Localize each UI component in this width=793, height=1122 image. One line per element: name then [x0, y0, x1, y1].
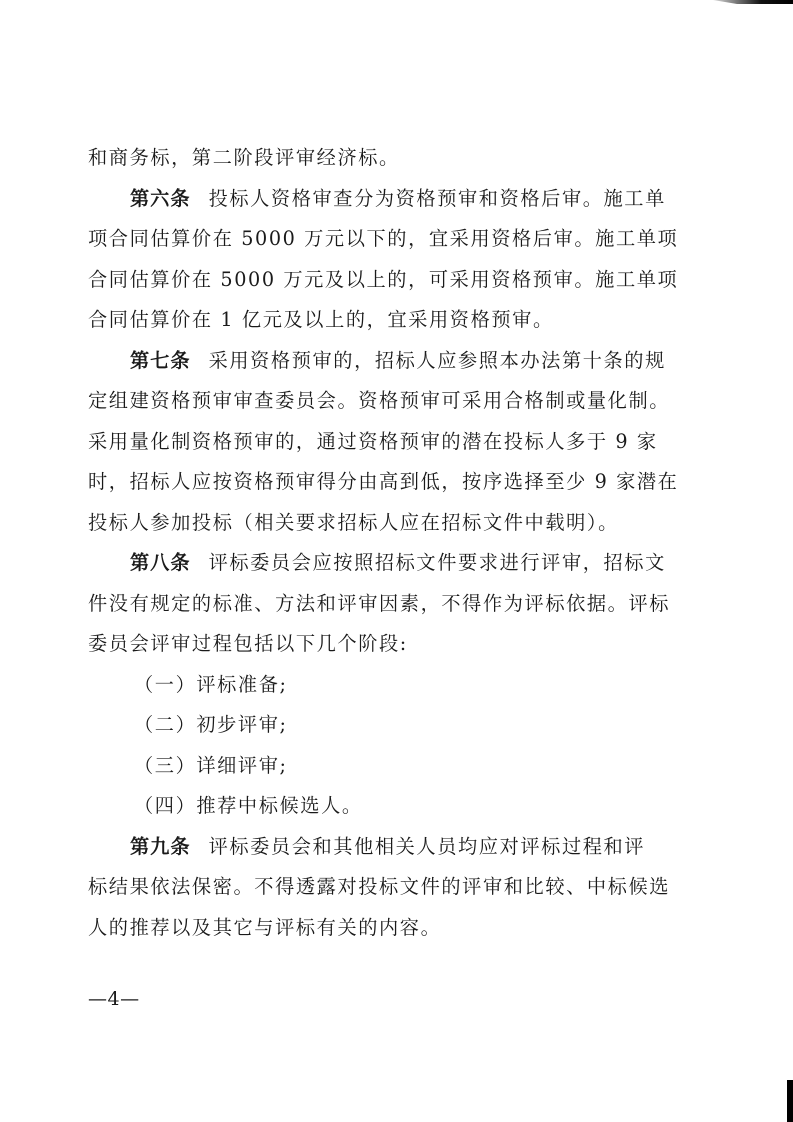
- article-8: 第八条评标委员会应按照招标文件要求进行评审，招标文 件没有规定的标准、方法和评审…: [88, 543, 678, 827]
- article-first-line: 第九条评标委员会和其他相关人员均应对评标过程和评: [88, 827, 678, 868]
- article-6: 第六条投标人资格审查分为资格预审和资格后审。施工单 项合同估算价在 5000 万…: [88, 179, 678, 341]
- article-first-line: 第六条投标人资格审查分为资格预审和资格后审。施工单: [88, 179, 678, 220]
- article-line: 定组建资格预审审查委员会。资格预审可采用合格制或量化制。: [88, 381, 678, 422]
- article-title: 第八条: [130, 551, 191, 574]
- article-line: 标结果依法保密。不得透露对投标文件的评审和比较、中标候选: [88, 867, 678, 908]
- article-title: 第七条: [130, 349, 191, 372]
- article-first-line: 第八条评标委员会应按照招标文件要求进行评审，招标文: [88, 543, 678, 584]
- article-line: 委员会评审过程包括以下几个阶段:: [88, 624, 678, 665]
- document-page: 和商务标，第二阶段评审经济标。 第六条投标人资格审查分为资格预审和资格后审。施工…: [88, 138, 678, 948]
- article-title: 第九条: [130, 835, 191, 858]
- stage-list-item: （四）推荐中标候选人。: [88, 786, 678, 827]
- article-title: 第六条: [130, 187, 191, 210]
- article-text: 采用资格预审的，招标人应参照本办法第十条的规: [209, 349, 666, 372]
- article-line: 投标人参加投标（相关要求招标人应在招标文件中载明）。: [88, 503, 678, 544]
- article-line: 合同估算价在 1 亿元及以上的，宜采用资格预审。: [88, 300, 678, 341]
- article-first-line: 第七条采用资格预审的，招标人应参照本办法第十条的规: [88, 341, 678, 382]
- article-line: 件没有规定的标准、方法和评审因素，不得作为评标依据。评标: [88, 584, 678, 625]
- article-text: 评标委员会应按照招标文件要求进行评审，招标文: [209, 551, 666, 574]
- stage-list-item: （一）评标准备;: [88, 665, 678, 706]
- article-line: 合同估算价在 5000 万元及以上的，可采用资格预审。施工单项: [88, 260, 678, 301]
- article-9: 第九条评标委员会和其他相关人员均应对评标过程和评 标结果依法保密。不得透露对投标…: [88, 827, 678, 949]
- article-text: 投标人资格审查分为资格预审和资格后审。施工单: [209, 187, 666, 210]
- stage-list-item: （二）初步评审;: [88, 705, 678, 746]
- article-line: 项合同估算价在 5000 万元以下的，宜采用资格后审。施工单项: [88, 219, 678, 260]
- article-7: 第七条采用资格预审的，招标人应参照本办法第十条的规 定组建资格预审审查委员会。资…: [88, 341, 678, 544]
- page-number: —4—: [88, 988, 140, 1010]
- scan-edge-mark-top: [713, 0, 793, 4]
- article-line: 时，招标人应按资格预审得分由高到低，按序选择至少 9 家潜在: [88, 462, 678, 503]
- continuation-line: 和商务标，第二阶段评审经济标。: [88, 138, 678, 179]
- article-text: 评标委员会和其他相关人员均应对评标过程和评: [209, 835, 646, 858]
- scan-edge-mark-bottom: [787, 1080, 793, 1122]
- stage-list-item: （三）详细评审;: [88, 746, 678, 787]
- article-line: 人的推荐以及其它与评标有关的内容。: [88, 908, 678, 949]
- article-line: 采用量化制资格预审的，通过资格预审的潜在投标人多于 9 家: [88, 422, 678, 463]
